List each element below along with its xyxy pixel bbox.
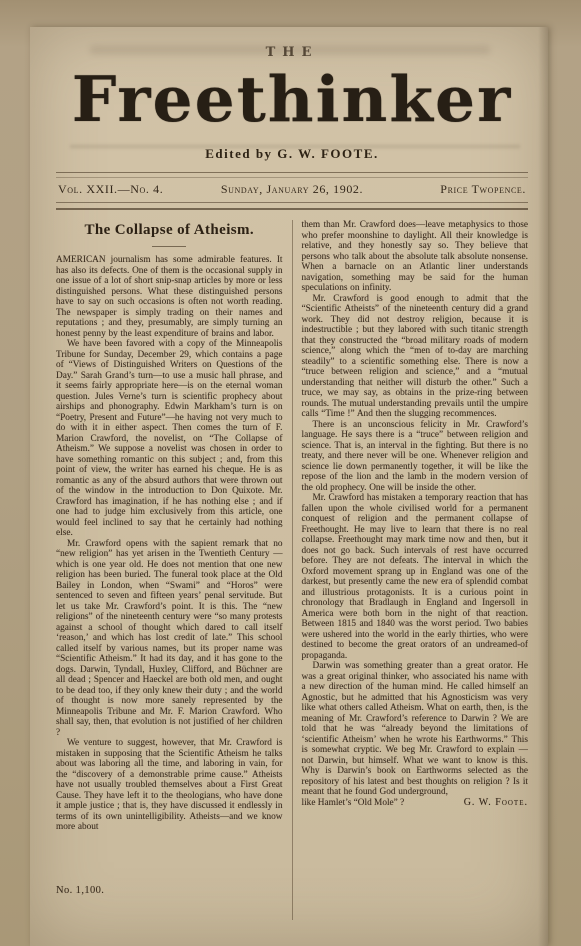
article-paragraph: Mr. Crawford is good enough to admit tha…: [302, 294, 529, 420]
issue-price: Price Twopence.: [384, 182, 526, 197]
article-paragraph: AMERICAN journalism has some admirable f…: [56, 255, 283, 339]
page-edge-shadow: [538, 27, 548, 946]
article-paragraph: There is an unconscious felicity in Mr. …: [302, 420, 529, 494]
title-divider: [152, 246, 186, 247]
newspaper-page: THE Freethinker Edited by G. W. FOOTE. V…: [30, 27, 548, 946]
article-paragraph: Mr. Crawford has mistaken a temporary re…: [302, 493, 529, 661]
showthrough-smudge: [90, 45, 490, 55]
right-column: them than Mr. Crawford does—leave metaph…: [293, 220, 529, 920]
left-column: The Collapse of Atheism. AMERICAN journa…: [56, 220, 293, 920]
article-paragraph: Darwin was something greater than a grea…: [302, 661, 529, 798]
article-paragraph: We have been favored with a copy of the …: [56, 339, 283, 539]
closing-line: like Hamlet’s “Old Mole” ? G. W. Foote.: [302, 798, 529, 809]
volume-number: Vol. XXII.—No. 4.: [58, 182, 200, 197]
issue-number: No. 1,100.: [56, 885, 104, 896]
masthead-byline: Edited by G. W. FOOTE.: [56, 146, 528, 162]
showthrough-rule: [70, 145, 520, 148]
article-body: The Collapse of Atheism. AMERICAN journa…: [56, 220, 528, 920]
masthead-title: Freethinker: [56, 64, 528, 134]
article-paragraph: We venture to suggest, however, that Mr.…: [56, 738, 283, 833]
header-rule-bottom: [56, 202, 528, 210]
article-title: The Collapse of Atheism.: [56, 222, 283, 239]
article-paragraph: Mr. Crawford opens with the sapient rema…: [56, 539, 283, 739]
issue-date: Sunday, January 26, 1902.: [200, 182, 384, 197]
author-signature: G. W. Foote.: [464, 798, 528, 809]
issue-line: Vol. XXII.—No. 4. Sunday, January 26, 19…: [56, 178, 528, 202]
closing-text: like Hamlet’s “Old Mole” ?: [302, 798, 405, 809]
article-paragraph: them than Mr. Crawford does—leave metaph…: [302, 220, 529, 294]
